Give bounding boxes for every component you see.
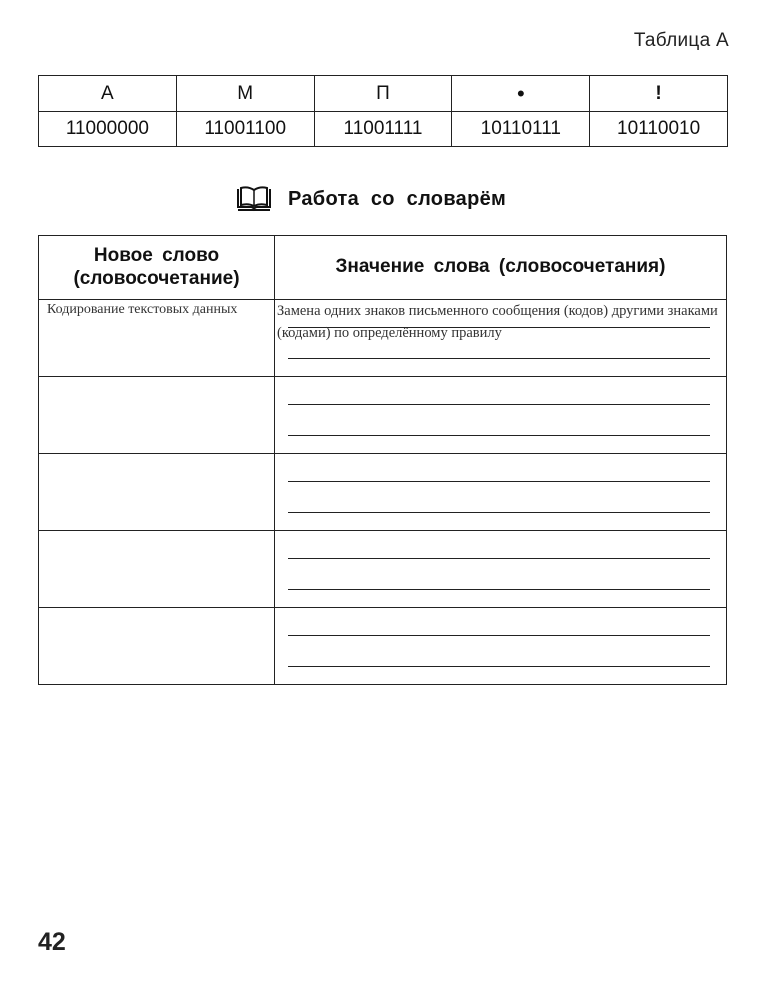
header-meaning: Значение слова (словосочетания) bbox=[275, 236, 727, 300]
symbol-cell: А bbox=[39, 76, 177, 112]
code-cell: 11000000 bbox=[39, 112, 177, 147]
dictionary-row bbox=[39, 531, 727, 608]
meaning-cell[interactable]: Замена одних знаков письменного сообщени… bbox=[275, 300, 727, 377]
meaning-cell[interactable] bbox=[275, 454, 727, 531]
symbol-cell: • bbox=[452, 76, 590, 112]
code-table: А М П • ! 11000000 11001100 11001111 101… bbox=[38, 75, 728, 147]
code-cell: 11001111 bbox=[314, 112, 452, 147]
writing-line bbox=[288, 435, 710, 436]
symbol-cell: М bbox=[176, 76, 314, 112]
code-cell: 10110111 bbox=[452, 112, 590, 147]
header-new-word: Новое слово (словосочетание) bbox=[39, 236, 275, 300]
meaning-cell[interactable] bbox=[275, 377, 727, 454]
word-cell[interactable]: Кодирование текстовых данных bbox=[39, 300, 275, 377]
writing-line bbox=[288, 358, 710, 359]
symbol-cell: ! bbox=[590, 76, 728, 112]
writing-line bbox=[288, 481, 710, 482]
symbol-cell: П bbox=[314, 76, 452, 112]
code-table-codes-row: 11000000 11001100 11001111 10110111 1011… bbox=[39, 112, 728, 147]
writing-line bbox=[288, 589, 710, 590]
word-cell[interactable] bbox=[39, 377, 275, 454]
open-book-icon bbox=[236, 186, 272, 212]
dictionary-row bbox=[39, 377, 727, 454]
word-cell[interactable] bbox=[39, 608, 275, 685]
meaning-cell[interactable] bbox=[275, 531, 727, 608]
code-cell: 11001100 bbox=[176, 112, 314, 147]
dictionary-row: Кодирование текстовых данных Замена одни… bbox=[39, 300, 727, 377]
word-cell[interactable] bbox=[39, 531, 275, 608]
dictionary-row bbox=[39, 454, 727, 531]
writing-line bbox=[288, 666, 710, 667]
writing-line bbox=[288, 635, 710, 636]
section-heading: Работа со словарём bbox=[236, 186, 506, 212]
code-table-symbols-row: А М П • ! bbox=[39, 76, 728, 112]
table-caption: Таблица А bbox=[634, 30, 729, 52]
meaning-cell[interactable] bbox=[275, 608, 727, 685]
dictionary-table: Новое слово (словосочетание) Значение сл… bbox=[38, 235, 727, 685]
dictionary-header-row: Новое слово (словосочетание) Значение сл… bbox=[39, 236, 727, 300]
code-cell: 10110010 bbox=[590, 112, 728, 147]
section-title: Работа со словарём bbox=[288, 188, 506, 211]
meaning-text: Замена одних знаков письменного сообщени… bbox=[275, 300, 726, 344]
writing-line bbox=[288, 558, 710, 559]
dictionary-row bbox=[39, 608, 727, 685]
writing-line bbox=[288, 404, 710, 405]
writing-line bbox=[288, 512, 710, 513]
page-number: 42 bbox=[38, 928, 66, 957]
word-cell[interactable] bbox=[39, 454, 275, 531]
